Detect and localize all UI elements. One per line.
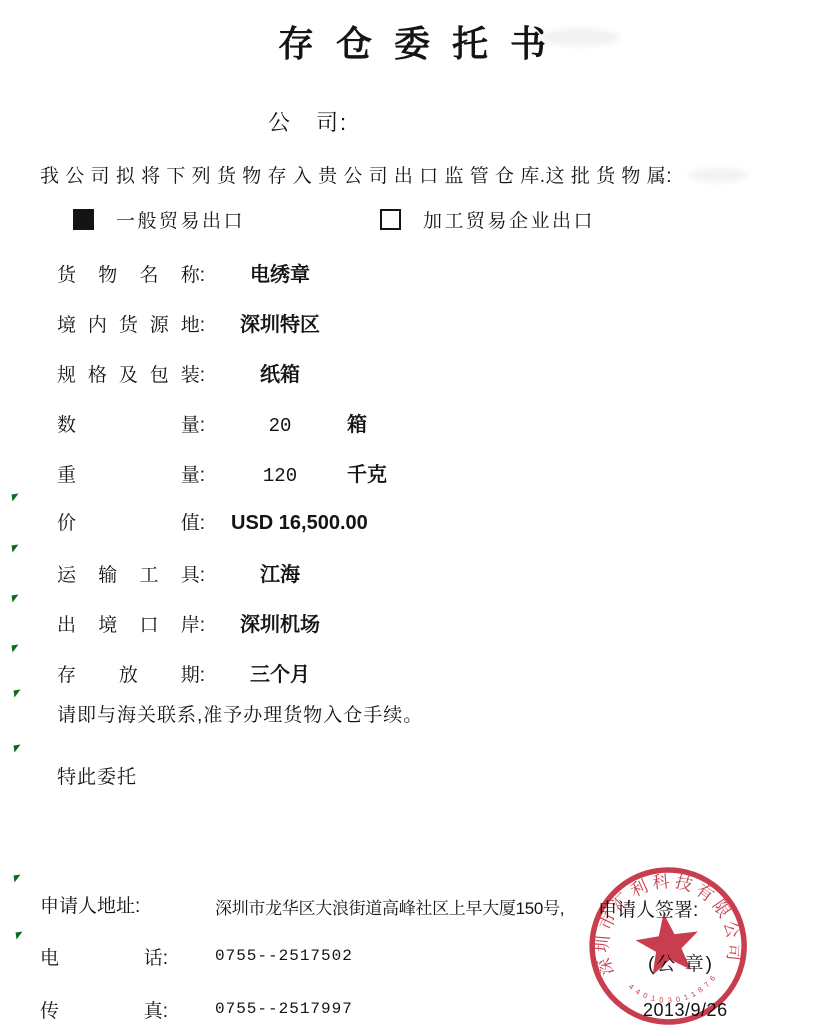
closing-statement: 特此委托 bbox=[57, 762, 137, 789]
seal-code: 440103011876 bbox=[626, 970, 723, 1011]
applicant-address-value: 深圳市龙华区大浪街道高峰社区上早大厦150号, bbox=[215, 894, 564, 919]
field-value: USD 16,500.00 bbox=[231, 512, 368, 535]
phone-label: 电话: bbox=[40, 943, 168, 970]
field-label: 存放期: bbox=[57, 660, 205, 687]
green-tick-mark bbox=[12, 494, 20, 502]
seal-graphic: 深圳市汇利科技有限公司 440103011876 bbox=[574, 851, 761, 1031]
green-tick-mark bbox=[14, 745, 22, 753]
field-value: 深圳机场 bbox=[231, 608, 329, 637]
field-row: 货物名称:电绣章 bbox=[57, 258, 329, 284]
scan-smudge bbox=[540, 28, 620, 46]
field-row: 重量:120千克 bbox=[57, 458, 387, 484]
fax-label: 传真: bbox=[40, 996, 168, 1023]
green-tick-mark bbox=[12, 595, 20, 603]
field-row: 价值:USD 16,500.00 bbox=[57, 508, 368, 534]
field-value: 三个月 bbox=[231, 658, 329, 687]
trade-option-processing: 加工贸易企业出口 bbox=[380, 206, 595, 233]
company-label: 公 司: bbox=[268, 106, 348, 137]
seal-star bbox=[632, 909, 702, 977]
field-row: 出境口岸:深圳机场 bbox=[57, 608, 329, 634]
field-unit: 箱 bbox=[347, 408, 367, 437]
trade-option-processing-label: 加工贸易企业出口 bbox=[423, 206, 595, 233]
green-tick-mark bbox=[12, 545, 20, 553]
green-tick-mark bbox=[16, 932, 24, 940]
checkbox-processing-trade-unchecked bbox=[380, 209, 401, 230]
intro-sentence: 我 公 司 拟 将 下 列 货 物 存 入 贵 公 司 出 口 监 管 仓 库.… bbox=[40, 161, 672, 188]
applicant-address-label: 申请人地址: bbox=[40, 891, 140, 918]
scan-smudge bbox=[688, 168, 748, 182]
field-unit: 千克 bbox=[347, 458, 387, 487]
document-title: 存 仓 委 托 书 bbox=[0, 16, 830, 67]
field-label: 运输工具: bbox=[57, 560, 205, 587]
customs-note: 请即与海关联系,准予办理货物入仓手续。 bbox=[57, 700, 423, 727]
field-label: 出境口岸: bbox=[57, 610, 205, 637]
field-label: 货物名称: bbox=[57, 260, 205, 287]
field-label: 境内货源地: bbox=[57, 310, 205, 337]
green-tick-mark bbox=[12, 645, 20, 653]
field-value: 纸箱 bbox=[231, 358, 329, 387]
trade-option-general: 一般贸易出口 bbox=[73, 206, 245, 233]
field-value: 120 bbox=[231, 465, 329, 487]
field-label: 价值: bbox=[57, 508, 205, 535]
fax-value: 0755--2517997 bbox=[215, 1000, 353, 1018]
scanned-document-page: 存 仓 委 托 书 公 司: 我 公 司 拟 将 下 列 货 物 存 入 贵 公… bbox=[0, 0, 830, 1031]
field-row: 规格及包装:纸箱 bbox=[57, 358, 329, 384]
field-value: 电绣章 bbox=[231, 258, 329, 287]
field-row: 境内货源地:深圳特区 bbox=[57, 308, 329, 334]
trade-option-general-label: 一般贸易出口 bbox=[116, 206, 245, 233]
field-value: 深圳特区 bbox=[231, 308, 329, 337]
field-label: 数量: bbox=[57, 410, 205, 437]
field-value: 20 bbox=[231, 415, 329, 437]
field-row: 存放期:三个月 bbox=[57, 658, 329, 684]
checkbox-general-trade-checked bbox=[73, 209, 94, 230]
green-tick-mark bbox=[14, 875, 22, 883]
company-seal-stamp: 深圳市汇利科技有限公司 440103011876 bbox=[574, 851, 761, 1031]
field-row: 数量:20箱 bbox=[57, 408, 367, 434]
field-label: 重量: bbox=[57, 460, 205, 487]
green-tick-mark bbox=[14, 690, 22, 698]
field-value: 江海 bbox=[231, 558, 329, 587]
field-label: 规格及包装: bbox=[57, 360, 205, 387]
field-row: 运输工具:江海 bbox=[57, 558, 329, 584]
phone-value: 0755--2517502 bbox=[215, 947, 353, 965]
